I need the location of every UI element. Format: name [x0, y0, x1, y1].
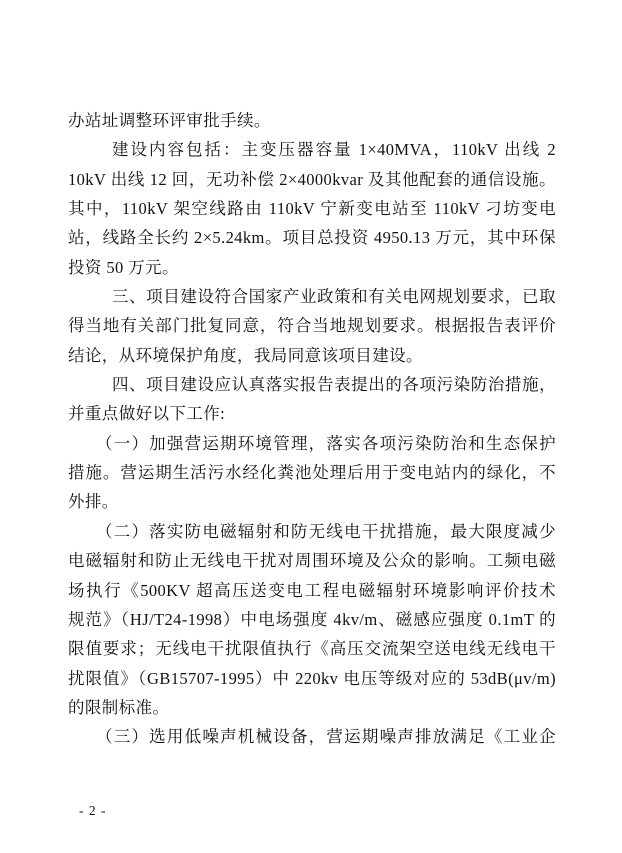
text-line: （三）选用低噪声机械设备，营运期噪声排放满足《工业企	[68, 722, 556, 751]
document-page: 办站址调整环评审批手续。建设内容包括：主变压器容量 1×40MVA，110kV …	[0, 0, 622, 853]
text-line: 四、项目建设应认真落实报告表提出的各项污染防治措施，	[68, 370, 556, 399]
text-line: 的限制标准。	[68, 693, 556, 722]
text-line: 规范》（HJ/T24-1998）中电场强度 4kv/m、磁感应强度 0.1mT …	[68, 605, 556, 634]
text-line: 限值要求；无线电干扰限值执行《高压交流架空送电线无线电干	[68, 634, 556, 663]
document-body: 办站址调整环评审批手续。建设内容包括：主变压器容量 1×40MVA，110kV …	[68, 106, 556, 752]
text-line: 结论，从环境保护角度，我局同意该项目建设。	[68, 341, 556, 370]
text-line: 建设内容包括：主变压器容量 1×40MVA，110kV 出线 2 回，	[68, 135, 556, 164]
text-line: 得当地有关部门批复同意，符合当地规划要求。根据报告表评价	[68, 311, 556, 340]
text-line: 投资 50 万元。	[68, 253, 556, 282]
text-line: 场执行《500KV 超高压送变电工程电磁辐射环境影响评价技术	[68, 576, 556, 605]
text-line: （二）落实防电磁辐射和防无线电干扰措施，最大限度减少	[68, 517, 556, 546]
text-line: 扰限值》（GB15707-1995）中 220kv 电压等级对应的 53dB(μ…	[68, 664, 556, 693]
text-line: 办站址调整环评审批手续。	[68, 106, 556, 135]
text-line: 措施。营运期生活污水经化粪池处理后用于变电站内的绿化，不	[68, 458, 556, 487]
text-line: （一）加强营运期环境管理，落实各项污染防治和生态保护	[68, 429, 556, 458]
text-line: 三、项目建设符合国家产业政策和有关电网规划要求，已取	[68, 282, 556, 311]
text-line: 并重点做好以下工作:	[68, 399, 556, 428]
text-line: 10kV 出线 12 回，无功补偿 2×4000kvar 及其他配套的通信设施。	[68, 165, 556, 194]
page-number: - 2 -	[79, 802, 107, 820]
text-line: 其中，110kV 架空线路由 110kV 宁新变电站至 110kV 刁坊变电	[68, 194, 556, 223]
text-line: 外排。	[68, 487, 556, 516]
text-line: 电磁辐射和防止无线电干扰对周围环境及公众的影响。工频电磁	[68, 546, 556, 575]
text-line: 站，线路全长约 2×5.24km。项目总投资 4950.13 万元，其中环保	[68, 223, 556, 252]
